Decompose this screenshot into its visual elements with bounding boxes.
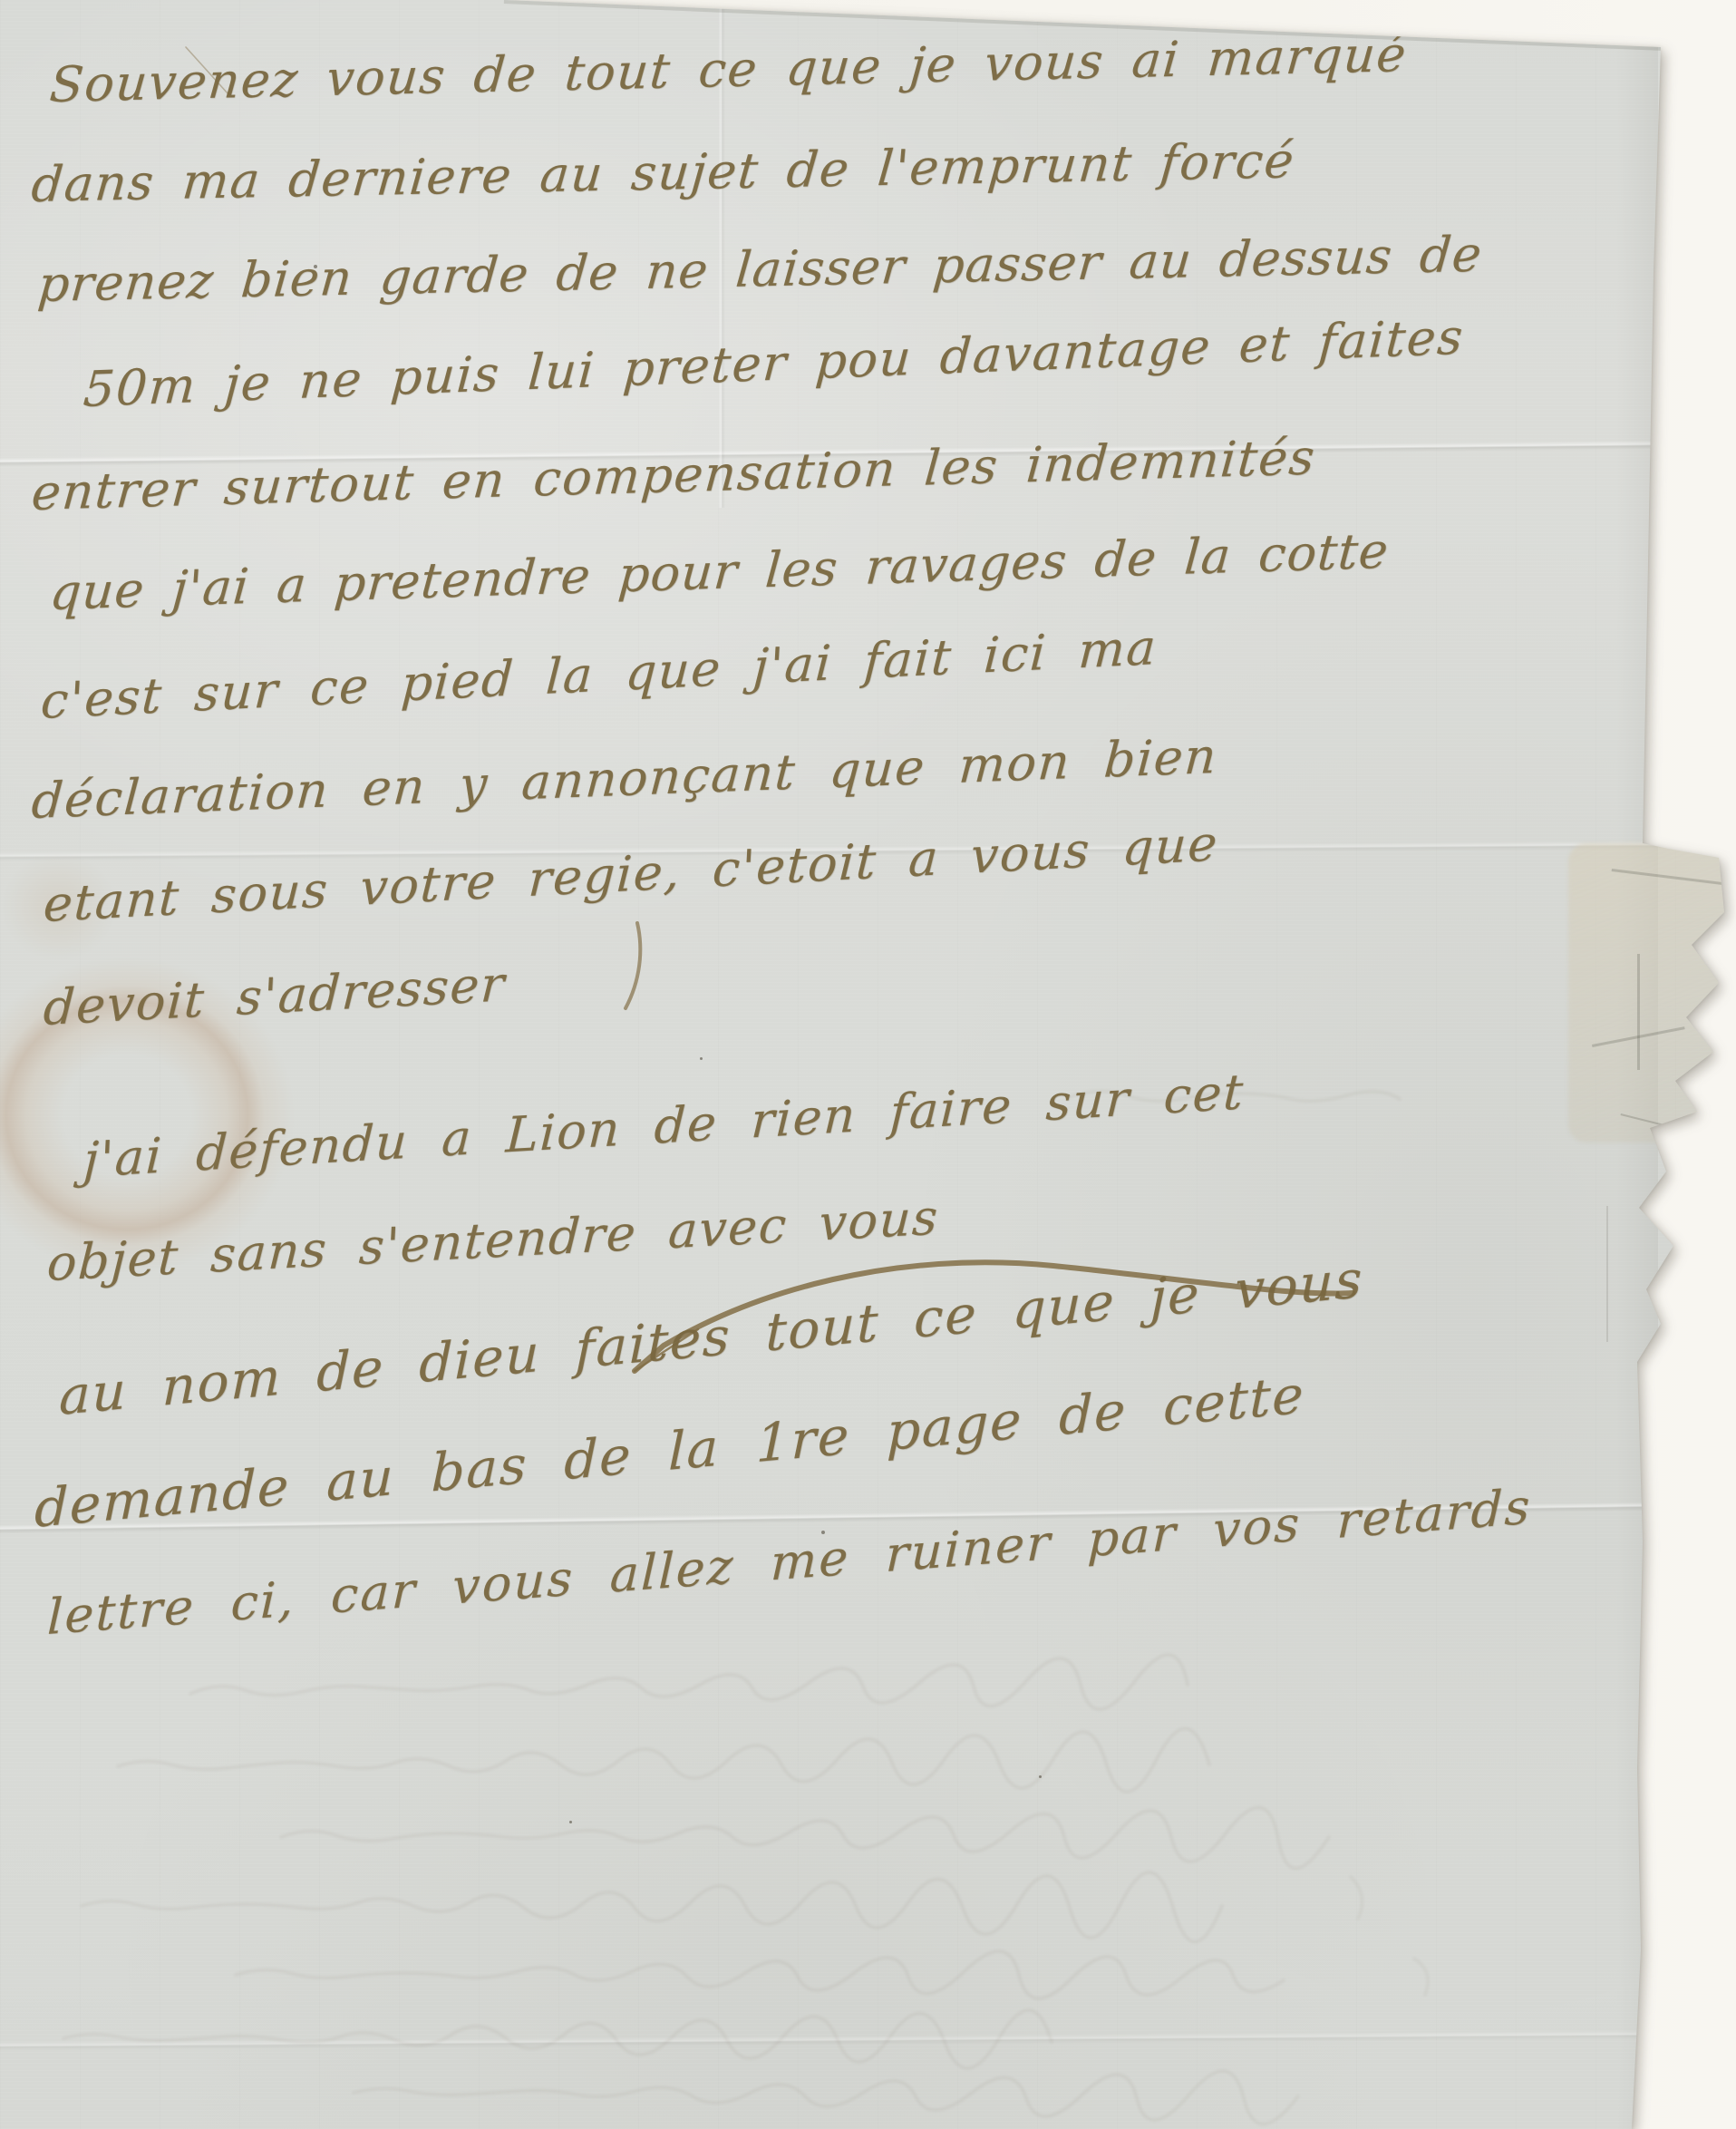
paper-shadow: Souvenez vous de tout ce que je vous ai … <box>0 0 1736 2129</box>
handwriting-line-10: devoit s'adresser <box>42 955 507 1035</box>
ink-speck <box>700 1057 703 1060</box>
handwriting-line-2: dans ma derniere au sujet de l'emprunt f… <box>29 131 1297 213</box>
scanned-letter-page: Souvenez vous de tout ce que je vous ai … <box>0 0 1736 2129</box>
handwriting-line-1: Souvenez vous de tout ce que je vous ai … <box>47 25 1409 113</box>
ink-speck <box>821 1531 825 1534</box>
handwriting-line-11: j'ai défendu a Lion de rien faire sur ce… <box>82 1063 1246 1188</box>
handwriting-line-3: prenez bien garde de ne laisser passer a… <box>35 226 1484 313</box>
letter-paper: Souvenez vous de tout ce que je vous ai … <box>0 0 1736 2129</box>
handwriting-line-7: c'est sur ce pied la que j'ai fait ici m… <box>39 618 1159 730</box>
handwriting-line-5: entrer surtout en compensation les indem… <box>30 429 1318 521</box>
handwriting: Souvenez vous de tout ce que je vous ai … <box>0 0 1736 2129</box>
ink-speck <box>314 265 317 268</box>
handwriting-line-9: etant sous votre regie, c'etoit a vous q… <box>42 814 1219 932</box>
handwriting-line-6: que j'ai a pretendre pour les ravages de… <box>48 522 1392 621</box>
ink-speck <box>1039 1775 1042 1778</box>
handwriting-line-4: 50m je ne puis lui preter pou davantage … <box>82 308 1466 418</box>
handwriting-line-8: déclaration en y annonçant que mon bien <box>30 727 1219 830</box>
ink-speck <box>569 1821 572 1823</box>
handwriting-line-12: objet sans s'entendre avec vous <box>45 1189 940 1292</box>
